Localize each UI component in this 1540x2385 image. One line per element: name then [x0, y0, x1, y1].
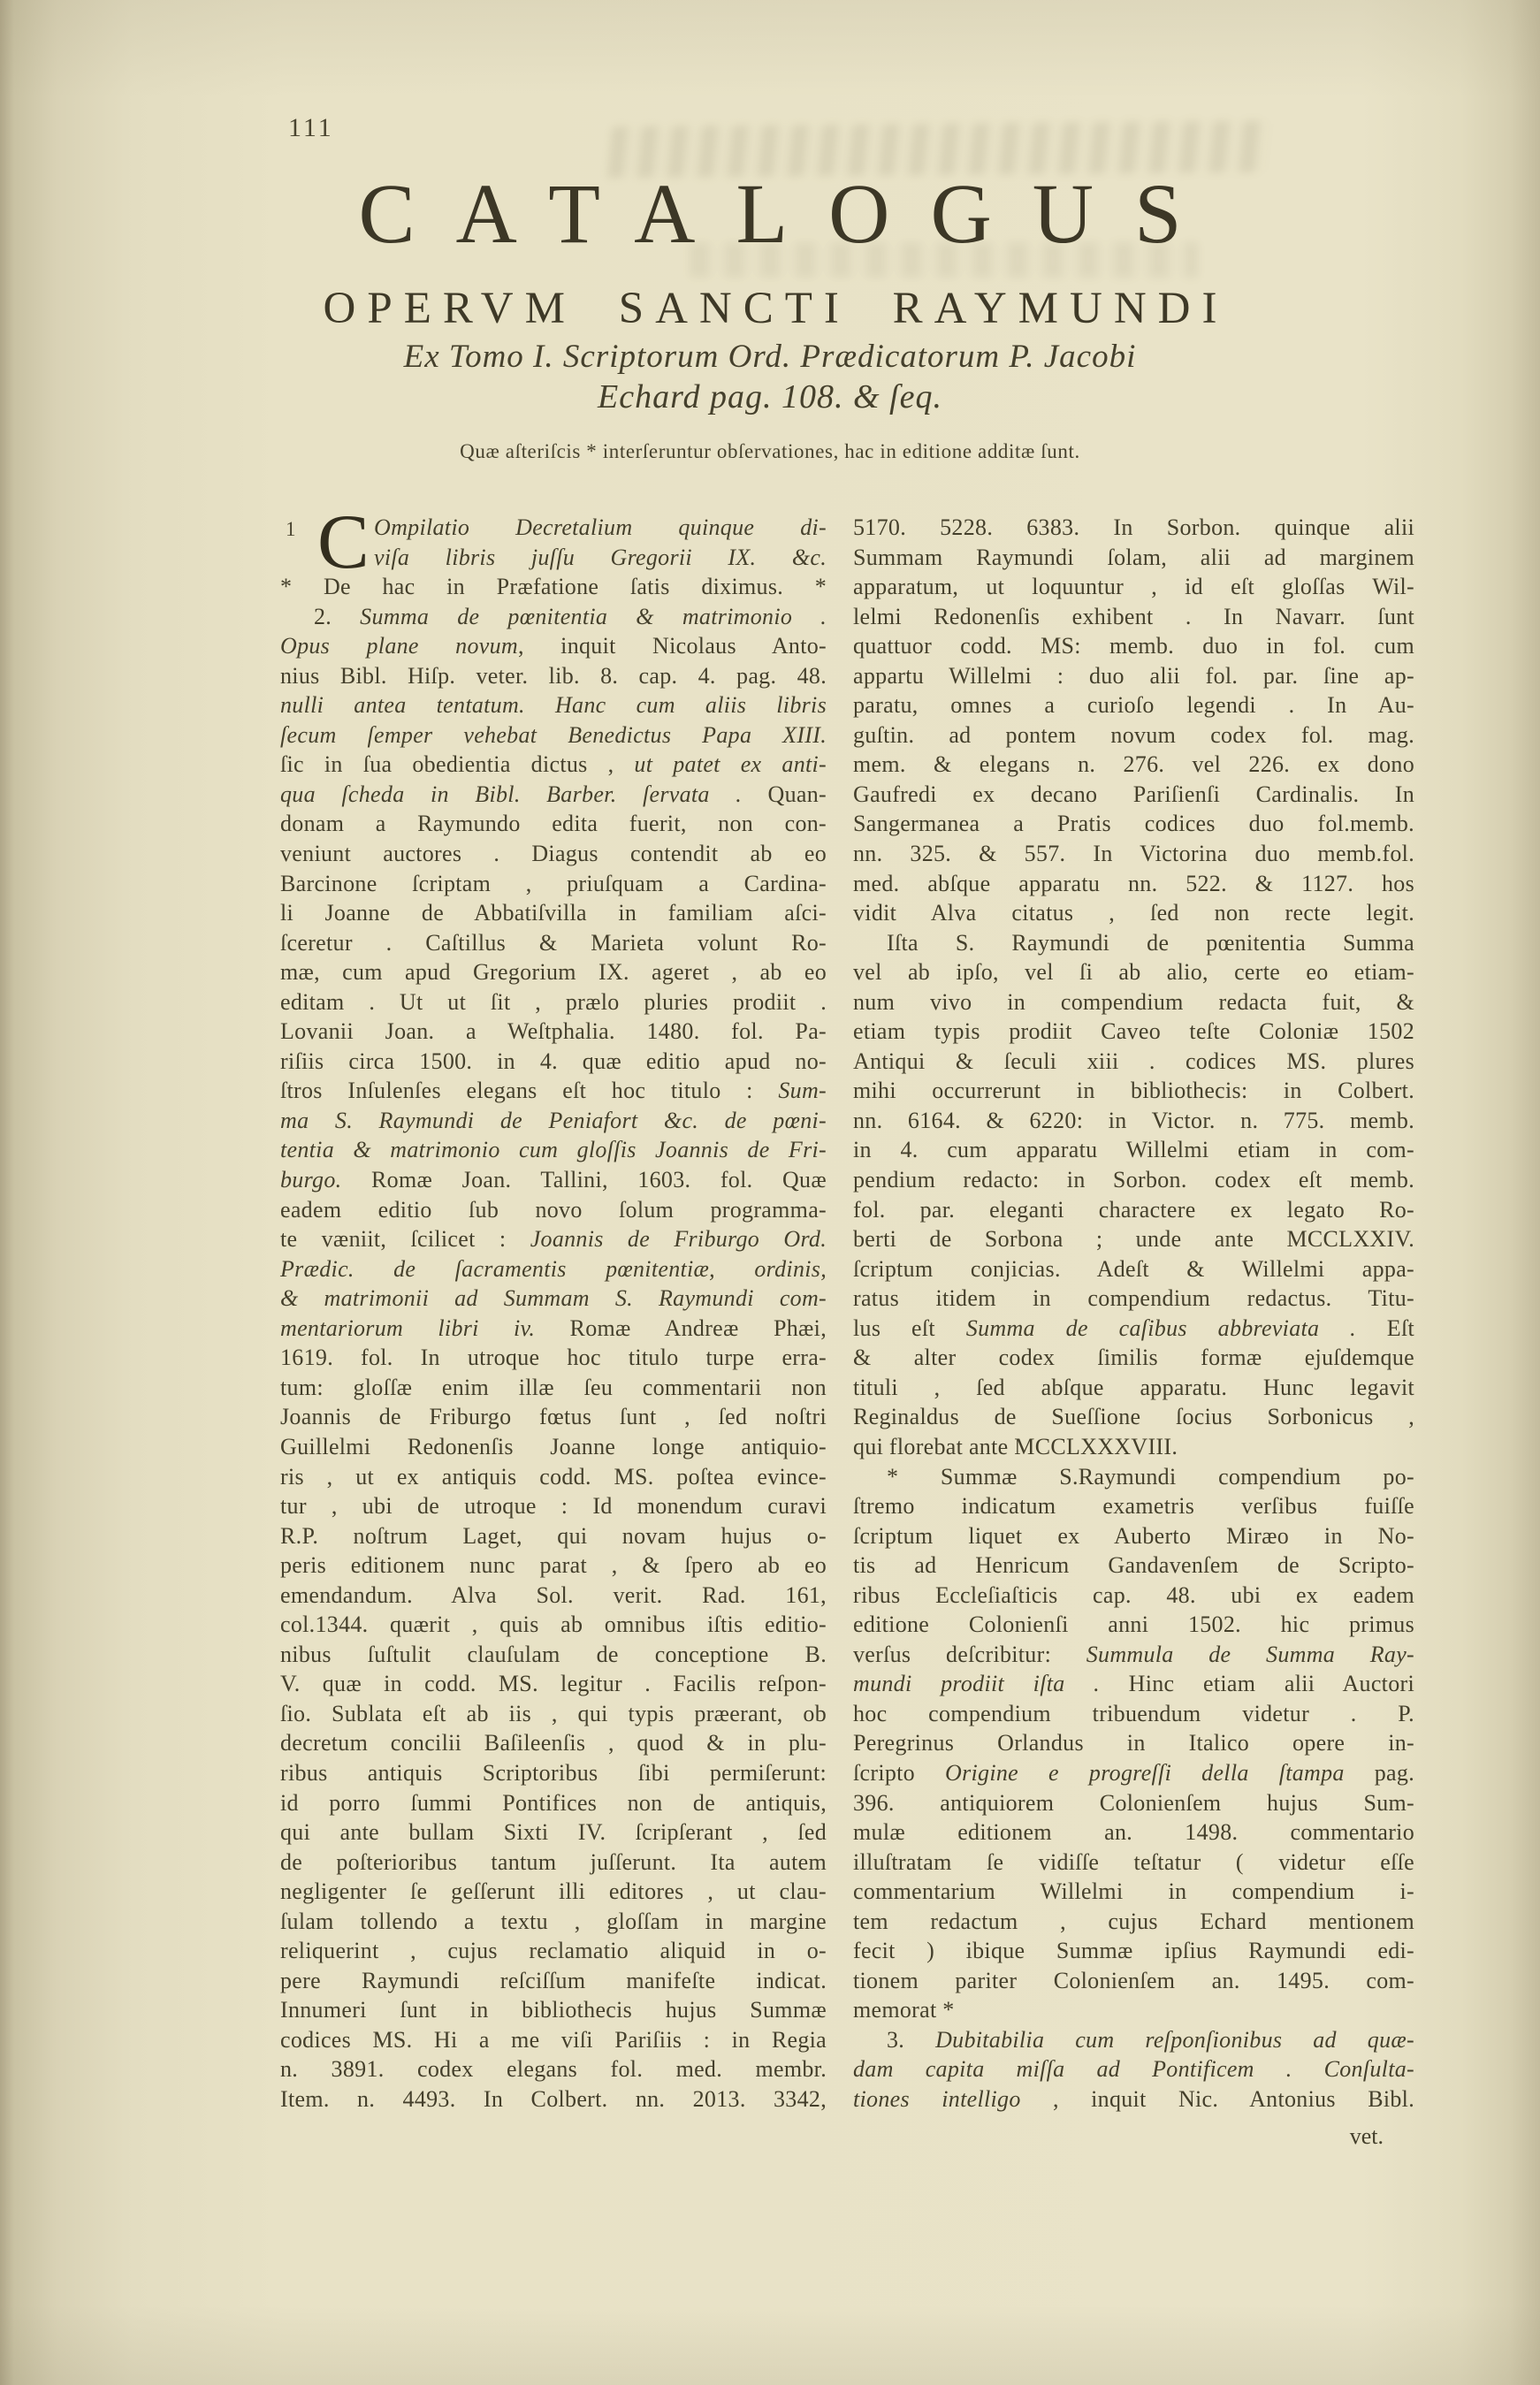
text-line: ſtros Inſulenſes elegans eſt hoc titulo …	[280, 1076, 827, 1106]
text-segment: pere Raymundi reſciſſum manifeſte indica…	[280, 1968, 827, 1993]
text-segment: vel ab ipſo, vel ſi ab alio, certe eo et…	[853, 959, 1414, 985]
text-segment: pendium redacto: in Sorbon. codex eſt me…	[853, 1167, 1414, 1192]
text-line: lelmi Redonenſis exhibent . In Navarr. ſ…	[853, 602, 1414, 632]
italic-text-segment: ma S. Raymundi de Peniafort &c. de pœni-	[280, 1108, 827, 1133]
text-line: * Summæ S.Raymundi compendium po-	[853, 1462, 1414, 1492]
text-line: berti de Sorbona ; unde ante MCCLXXIV.	[853, 1224, 1414, 1254]
text-segment: riſiis circa 1500. in 4. quæ editio apud…	[280, 1048, 827, 1074]
text-segment: ribus antiquis Scriptoribus ſibi permiſe…	[280, 1760, 827, 1786]
text-segment: berti de Sorbona ; unde ante MCCLXXIV.	[853, 1226, 1414, 1252]
text-segment: ribus Eccleſiaſticis cap. 48. ubi ex ead…	[853, 1582, 1414, 1608]
text-segment: fol. par. eleganti charactere ex legato …	[853, 1197, 1414, 1223]
asterisk-note: Quæ aſteriſcis * interſeruntur obſervati…	[0, 440, 1540, 463]
text-line: donam a Raymundo edita fuerit, non con-	[280, 809, 827, 839]
text-line: fecit ) ibique Summæ ipſius Raymundi edi…	[853, 1936, 1414, 1966]
text-segment: Hinc etiam alii Auctori	[1100, 1671, 1414, 1696]
text-line: paratu, omnes a curioſo legendi . In Au-	[853, 690, 1414, 720]
text-line: mundi prodiit iſta . Hinc etiam alii Auc…	[853, 1669, 1414, 1699]
text-line: appartu Willelmi : duo alii fol. par. ſi…	[853, 661, 1414, 691]
text-segment: , inquit Nic. Antonius Bibl.	[1021, 2086, 1414, 2112]
text-segment: ſio. Sublata eſt ab iis , qui typis præe…	[280, 1701, 827, 1726]
text-segment: mæ, cum apud Gregorium IX. ageret , ab e…	[280, 959, 827, 985]
text-line: editione Colonienſi anni 1502. hic primu…	[853, 1610, 1414, 1640]
text-segment: tum: gloſſæ enim illæ ſeu commentarii no…	[280, 1375, 827, 1400]
text-line: veniunt auctores . Diagus contendit ab e…	[280, 839, 827, 869]
text-line: hoc compendium tribuendum videtur . P.	[853, 1699, 1414, 1729]
text-segment: 396. antiquiorem Colonienſem hujus Sum-	[853, 1790, 1414, 1816]
text-line: li Joanne de Abbatiſvilla in familiam aſ…	[280, 898, 827, 928]
text-line: codices MS. Hi a me viſi Pariſiis : in R…	[280, 2025, 827, 2055]
text-segment: Iſta S. Raymundi de pœnitentia Summa	[887, 930, 1414, 956]
text-segment: ſulam tollendo a textu , gloſſam in marg…	[280, 1909, 827, 1934]
text-segment: 3.	[887, 2027, 935, 2053]
text-line: Antiqui & ſeculi xiii . codices MS. plur…	[853, 1047, 1414, 1077]
paragraph-number: 1	[286, 518, 296, 541]
text-line: ſulam tollendo a textu , gloſſam in marg…	[280, 1907, 827, 1937]
text-segment: Barcinone ſcriptam , priuſquam a Cardina…	[280, 871, 827, 896]
text-line: illuſtratam ſe vidiſſe teſtatur ( videtu…	[853, 1848, 1414, 1878]
text-segment: mem. & elegans n. 276. vel 226. ex dono	[853, 751, 1414, 777]
text-segment: decretum concilii Baſileenſis , quod & i…	[280, 1730, 827, 1756]
text-segment: negligenter ſe geſſerunt illi editores ,…	[280, 1878, 827, 1904]
italic-text-segment: Conſulta-	[1324, 2056, 1414, 2082]
text-line: verſus deſcribitur: Summula de Summa Ray…	[853, 1640, 1414, 1670]
left-text-column: 1 C Ompilatio Decretalium quinque di-viſ…	[280, 513, 827, 2114]
text-line: eadem editio ſub novo ſolum programma-	[280, 1195, 827, 1225]
text-segment: Gaufredi ex decano Pariſienſi Cardinalis…	[853, 781, 1414, 807]
text-line: ratus itidem in compendium redactus. Tit…	[853, 1284, 1414, 1314]
text-line: decretum concilii Baſileenſis , quod & i…	[280, 1728, 827, 1758]
text-line: mihi occurrerunt in bibliothecis: in Col…	[853, 1076, 1414, 1106]
italic-text-segment: Joannis de Friburgo Ord.	[530, 1226, 827, 1252]
text-line: riſiis circa 1500. in 4. quæ editio apud…	[280, 1047, 827, 1077]
text-segment: vidit Alva citatus , ſed non recte legit…	[853, 900, 1414, 926]
text-line: tituli , ſed abſque apparatu. Hunc legav…	[853, 1373, 1414, 1403]
text-segment: ſtros Inſulenſes elegans eſt hoc titulo …	[280, 1078, 778, 1103]
text-line: ſcripto Origine e progreſſi della ſtampa…	[853, 1758, 1414, 1788]
text-segment: ſcriptum conjicias. Adeſt & Willelmi app…	[853, 1256, 1414, 1282]
text-segment: tem redactum , cujus Echard mentionem	[853, 1909, 1414, 1934]
text-segment: nn. 325. & 557. In Victorina duo memb.fo…	[853, 841, 1414, 866]
text-line: 1619. fol. In utroque hoc titulo turpe e…	[280, 1343, 827, 1373]
text-line: ma S. Raymundi de Peniafort &c. de pœni-	[280, 1106, 827, 1136]
text-segment: , inquit Nicolaus Anto-	[518, 633, 827, 659]
text-line: te væniit, ſcilicet : Joannis de Friburg…	[280, 1224, 827, 1254]
text-segment: nibus ſuſtulit clauſulam de conceptione …	[280, 1642, 827, 1667]
text-line: tiones intelligo , inquit Nic. Antonius …	[853, 2084, 1414, 2114]
main-title: CATALOGUS	[0, 164, 1540, 263]
text-segment: editam . Ut ut ſit , prælo pluries prodi…	[280, 989, 827, 1015]
text-line: de poſterioribus tantum juſſerunt. Ita a…	[280, 1848, 827, 1878]
text-segment: Reginaldus de Sueſſione ſocius Sorbonicu…	[853, 1404, 1414, 1429]
text-segment: tituli , ſed abſque apparatu. Hunc legav…	[853, 1375, 1414, 1400]
text-segment: 5170. 5228. 6383. In Sorbon. quinque ali…	[853, 514, 1414, 540]
italic-text-segment: Sum-	[778, 1078, 827, 1103]
text-line: Summam Raymundi ſolam, alii ad marginem	[853, 543, 1414, 573]
text-segment: Guillelmi Redonenſis Joanne longe antiqu…	[280, 1434, 827, 1459]
text-segment: pag.	[1345, 1760, 1414, 1786]
text-line: id porro ſummi Pontifices non de antiqui…	[280, 1788, 827, 1818]
text-line: guſtin. ad pontem novum codex fol. mag.	[853, 720, 1414, 751]
text-line: pendium redacto: in Sorbon. codex eſt me…	[853, 1165, 1414, 1195]
text-segment: verſus deſcribitur:	[853, 1642, 1086, 1667]
text-line: Item. n. 4493. In Colbert. nn. 2013. 334…	[280, 2084, 827, 2114]
text-line: in 4. cum apparatu Willelmi etiam in com…	[853, 1135, 1414, 1165]
text-segment: id porro ſummi Pontifices non de antiqui…	[280, 1790, 827, 1816]
italic-text-segment: Dubitabilia cum reſponſionibus ad quæ-	[935, 2027, 1414, 2053]
text-line: qua ſcheda in Bibl. Barber. ſervata . Qu…	[280, 780, 827, 810]
text-segment: ſcriptum liquet ex Auberto Miræo in No-	[853, 1523, 1414, 1549]
text-line: ribus antiquis Scriptoribus ſibi permiſe…	[280, 1758, 827, 1788]
text-line: etiam typis prodiit Caveo teſte Coloniæ …	[853, 1017, 1414, 1047]
text-line: commentarium Willelmi in compendium i-	[853, 1877, 1414, 1907]
text-line: mentariorum libri iv. Romæ Andreæ Phæi,	[280, 1314, 827, 1344]
text-segment: Lovanii Joan. a Weſtphalia. 1480. fol. P…	[280, 1018, 827, 1044]
text-line: Lovanii Joan. a Weſtphalia. 1480. fol. P…	[280, 1017, 827, 1047]
text-line: Innumeri ſunt in bibliothecis hujus Summ…	[280, 1995, 827, 2025]
italic-text-segment: Summa de pœnitentia & matrimonio .	[360, 604, 827, 629]
text-line: editam . Ut ut ſit , prælo pluries prodi…	[280, 987, 827, 1017]
italic-text-segment: Summa de caſibus abbreviata .	[966, 1315, 1356, 1341]
text-segment: Romæ Andreæ Phæi,	[535, 1315, 827, 1341]
text-segment: illuſtratam ſe vidiſſe teſtatur ( videtu…	[853, 1849, 1414, 1875]
text-line: ſcriptum liquet ex Auberto Miræo in No-	[853, 1521, 1414, 1551]
text-segment: eadem editio ſub novo ſolum programma-	[280, 1197, 827, 1223]
text-line: fol. par. eleganti charactere ex legato …	[853, 1195, 1414, 1225]
text-line: mæ, cum apud Gregorium IX. ageret , ab e…	[280, 957, 827, 987]
text-line: nius Bibl. Hiſp. veter. lib. 8. cap. 4. …	[280, 661, 827, 691]
text-segment: fecit ) ibique Summæ ipſius Raymundi edi…	[853, 1938, 1414, 1963]
italic-text-segment: ſecum ſemper vehebat Benedictus Papa XII…	[280, 722, 827, 748]
italic-text-segment: mundi prodiit iſta .	[853, 1671, 1100, 1696]
text-line: tem redactum , cujus Echard mentionem	[853, 1907, 1414, 1937]
text-segment: appartu Willelmi : duo alii fol. par. ſi…	[853, 663, 1414, 689]
text-segment: ſcripto	[853, 1760, 945, 1786]
text-line: tur , ubi de utroque : Id monendum curav…	[280, 1491, 827, 1521]
text-line: nn. 6164. & 6220: in Victor. n. 775. mem…	[853, 1106, 1414, 1136]
text-line: V. quæ in codd. MS. legitur . Facilis re…	[280, 1669, 827, 1699]
text-segment: qui ante bullam Sixti IV. ſcripſerant , …	[280, 1819, 827, 1845]
subtitle: OPERVM SANCTI RAYMUNDI	[0, 283, 1540, 334]
italic-text-segment: Prædic. de ſacramentis pœnitentiæ, ordin…	[280, 1256, 827, 1282]
text-segment: Summam Raymundi ſolam, alii ad marginem	[853, 545, 1414, 570]
text-segment: codices MS. Hi a me viſi Pariſiis : in R…	[280, 2027, 827, 2053]
text-line: vidit Alva citatus , ſed non recte legit…	[853, 898, 1414, 928]
text-segment: tionem pariter Colonienſem an. 1495. com…	[853, 1968, 1414, 1993]
text-segment: med. abſque apparatu nn. 522. & 1127. ho…	[853, 871, 1414, 896]
text-segment: reliquerint , cujus reclamatio aliquid i…	[280, 1938, 827, 1963]
italic-text-segment: mentariorum libri iv.	[280, 1315, 535, 1341]
text-segment: te væniit, ſcilicet :	[280, 1226, 530, 1252]
text-line: tis ad Henricum Gandavenſem de Scripto-	[853, 1551, 1414, 1581]
text-segment: editione Colonienſi anni 1502. hic primu…	[853, 1612, 1414, 1637]
text-segment: col.1344. quærit , quis ab omnibus iſtis…	[280, 1612, 827, 1637]
text-line: nn. 325. & 557. In Victorina duo memb.fo…	[853, 839, 1414, 869]
text-segment: tis ad Henricum Gandavenſem de Scripto-	[853, 1552, 1414, 1578]
text-segment: emendandum. Alva Sol. verit. Rad. 161,	[280, 1582, 827, 1608]
italic-text-segment: ut patet ex anti-	[634, 751, 827, 777]
drop-cap: C	[317, 504, 370, 582]
text-segment: ſtremo indicatum exametris verſibus fuiſ…	[853, 1493, 1414, 1519]
text-line: dam capita miſſa ad Pontificem . Conſult…	[853, 2054, 1414, 2084]
text-segment: qui florebat ante MCCLXXXVIII.	[853, 1434, 1178, 1459]
italic-text-segment: tiones intelligo	[853, 2086, 1021, 2112]
text-line: emendandum. Alva Sol. verit. Rad. 161,	[280, 1581, 827, 1611]
text-segment: 1619. fol. In utroque hoc titulo turpe e…	[280, 1345, 827, 1370]
text-line: nulli antea tentatum. Hanc cum aliis lib…	[280, 690, 827, 720]
page-number: 111	[288, 113, 334, 143]
text-segment: hoc compendium tribuendum videtur . P.	[853, 1701, 1414, 1726]
text-line: Joannis de Friburgo fœtus ſunt , ſed noſ…	[280, 1402, 827, 1432]
text-segment: in 4. cum apparatu Willelmi etiam in com…	[853, 1137, 1414, 1162]
text-line: burgo. Romæ Joan. Tallini, 1603. fol. Qu…	[280, 1165, 827, 1195]
text-segment: Joannis de Friburgo fœtus ſunt , ſed noſ…	[280, 1404, 827, 1429]
text-line: 3. Dubitabilia cum reſponſionibus ad quæ…	[853, 2025, 1414, 2055]
text-segment: donam a Raymundo edita fuerit, non con-	[280, 811, 827, 836]
text-line: ſceretur . Caſtillus & Marieta volunt Ro…	[280, 928, 827, 958]
text-segment: lus eſt	[853, 1315, 966, 1341]
text-line: & matrimonii ad Summam S. Raymundi com-	[280, 1284, 827, 1314]
text-line: ribus Eccleſiaſticis cap. 48. ubi ex ead…	[853, 1581, 1414, 1611]
text-segment: Romæ Joan. Tallini, 1603. fol. Quæ	[341, 1167, 827, 1192]
text-segment: Innumeri ſunt in bibliothecis hujus Summ…	[280, 1997, 827, 2023]
text-line: tum: gloſſæ enim illæ ſeu commentarii no…	[280, 1373, 827, 1403]
text-segment: tur , ubi de utroque : Id monendum curav…	[280, 1493, 827, 1519]
italic-text-segment: qua ſcheda in Bibl. Barber. ſervata .	[280, 781, 742, 807]
text-segment	[1292, 2056, 1324, 2082]
text-segment: & alter codex ſimilis formæ ejuſdemque	[853, 1345, 1414, 1370]
text-segment: lelmi Redonenſis exhibent . In Navarr. ſ…	[853, 604, 1414, 629]
text-line: memorat *	[853, 1995, 1414, 2025]
right-text-column: 5170. 5228. 6383. In Sorbon. quinque ali…	[853, 513, 1414, 2114]
text-segment: R.P. noſtrum Laget, qui novam hujus o-	[280, 1523, 827, 1549]
italic-text-segment: Origine e progreſſi della ſtampa	[945, 1760, 1345, 1786]
text-segment: peris editionem nunc parat , & ſpero ab …	[280, 1552, 827, 1578]
text-line: n. 3891. codex elegans fol. med. membr.	[280, 2054, 827, 2084]
text-line: Gaufredi ex decano Pariſienſi Cardinalis…	[853, 780, 1414, 810]
text-segment: de poſterioribus tantum juſſerunt. Ita a…	[280, 1849, 827, 1875]
text-line: ſic in ſua obedientia dictus , ut patet …	[280, 750, 827, 780]
text-line: num vivo in compendium redacta fuit, &	[853, 987, 1414, 1017]
text-line: Barcinone ſcriptam , priuſquam a Cardina…	[280, 869, 827, 899]
catchword: vet.	[853, 2123, 1384, 2150]
italic-text-segment: viſa libris juſſu Gregorii IX. &c.	[374, 545, 827, 570]
text-segment: mulæ editionem an. 1498. commentario	[853, 1819, 1414, 1845]
text-line: Guillelmi Redonenſis Joanne longe antiqu…	[280, 1432, 827, 1462]
edition-source-line-2: Echard pag. 108. & ſeq.	[0, 377, 1540, 416]
text-segment: V. quæ in codd. MS. legitur . Facilis re…	[280, 1671, 827, 1696]
text-segment: ris , ut ex antiquis codd. MS. poſtea ev…	[280, 1464, 827, 1490]
text-line: nibus ſuſtulit clauſulam de conceptione …	[280, 1640, 827, 1670]
text-segment: ratus itidem in compendium redactus. Tit…	[853, 1285, 1414, 1311]
text-line: Opus plane novum, inquit Nicolaus Anto-	[280, 631, 827, 661]
text-segment: Item. n. 4493. In Colbert. nn. 2013. 334…	[280, 2086, 827, 2112]
text-segment: veniunt auctores . Diagus contendit ab e…	[280, 841, 827, 866]
text-segment: nn. 6164. & 6220: in Victor. n. 775. mem…	[853, 1108, 1414, 1133]
text-segment: etiam typis prodiit Caveo teſte Coloniæ …	[853, 1018, 1414, 1044]
italic-text-segment: Ompilatio Decretalium quinque di-	[374, 514, 827, 540]
text-line: 2. Summa de pœnitentia & matrimonio .	[280, 602, 827, 632]
text-line: lus eſt Summa de caſibus abbreviata . Eſ…	[853, 1314, 1414, 1344]
text-line: apparatum, ut loquuntur , id eſt gloſſas…	[853, 572, 1414, 602]
text-line: reliquerint , cujus reclamatio aliquid i…	[280, 1936, 827, 1966]
text-line: ſtremo indicatum exametris verſibus fuiſ…	[853, 1491, 1414, 1521]
text-segment: Quan-	[742, 781, 827, 807]
text-segment: Sangermanea a Pratis codices duo fol.mem…	[853, 811, 1414, 836]
text-line: 5170. 5228. 6383. In Sorbon. quinque ali…	[853, 513, 1414, 543]
text-segment: Eſt	[1356, 1315, 1414, 1341]
text-line: & alter codex ſimilis formæ ejuſdemque	[853, 1343, 1414, 1373]
text-line: Peregrinus Orlandus in Italico opere in-	[853, 1728, 1414, 1758]
text-segment: 2.	[314, 604, 360, 629]
text-line: med. abſque apparatu nn. 522. & 1127. ho…	[853, 869, 1414, 899]
text-line: qui ante bullam Sixti IV. ſcripſerant , …	[280, 1817, 827, 1848]
text-line: Reginaldus de Sueſſione ſocius Sorbonicu…	[853, 1402, 1414, 1432]
text-segment: * Summæ S.Raymundi compendium po-	[887, 1464, 1414, 1490]
text-segment: memorat *	[853, 1997, 955, 2023]
text-segment: guſtin. ad pontem novum codex fol. mag.	[853, 722, 1414, 748]
text-line: col.1344. quærit , quis ab omnibus iſtis…	[280, 1610, 827, 1640]
book-page-scan: 111 CATALOGUS OPERVM SANCTI RAYMUNDI Ex …	[0, 0, 1540, 2385]
text-line: mulæ editionem an. 1498. commentario	[853, 1817, 1414, 1848]
text-line: R.P. noſtrum Laget, qui novam hujus o-	[280, 1521, 827, 1551]
text-line: Prædic. de ſacramentis pœnitentiæ, ordin…	[280, 1254, 827, 1284]
edition-source-line-1: Ex Tomo I. Scriptorum Ord. Prædicatorum …	[0, 338, 1540, 376]
text-line: ſecum ſemper vehebat Benedictus Papa XII…	[280, 720, 827, 751]
text-segment: num vivo in compendium redacta fuit, &	[853, 989, 1414, 1015]
italic-text-segment: burgo.	[280, 1167, 341, 1192]
text-line: ſio. Sublata eſt ab iis , qui typis præe…	[280, 1699, 827, 1729]
text-line: mem. & elegans n. 276. vel 226. ex dono	[853, 750, 1414, 780]
italic-text-segment: tentia & matrimonio cum gloſſis Joannis …	[280, 1137, 827, 1162]
italic-text-segment: & matrimonii ad Summam S. Raymundi com-	[280, 1285, 827, 1311]
italic-text-segment: Summula de Summa Ray-	[1086, 1642, 1414, 1667]
text-line: qui florebat ante MCCLXXXVIII.	[853, 1432, 1414, 1462]
text-segment: Antiqui & ſeculi xiii . codices MS. plur…	[853, 1048, 1414, 1074]
italic-text-segment: Opus plane novum	[280, 633, 518, 659]
text-segment: commentarium Willelmi in compendium i-	[853, 1878, 1414, 1904]
text-line: tentia & matrimonio cum gloſſis Joannis …	[280, 1135, 827, 1165]
text-line: tionem pariter Colonienſem an. 1495. com…	[853, 1966, 1414, 1996]
text-segment: nius Bibl. Hiſp. veter. lib. 8. cap. 4. …	[280, 663, 827, 689]
text-line: quattuor codd. MS: memb. duo in fol. cum	[853, 631, 1414, 661]
text-line: ris , ut ex antiquis codd. MS. poſtea ev…	[280, 1462, 827, 1492]
text-line: negligenter ſe geſſerunt illi editores ,…	[280, 1877, 827, 1907]
text-segment: Peregrinus Orlandus in Italico opere in-	[853, 1730, 1414, 1756]
italic-text-segment: nulli antea tentatum. Hanc cum aliis lib…	[280, 692, 827, 718]
text-segment: ſceretur . Caſtillus & Marieta volunt Ro…	[280, 930, 827, 956]
text-line: pere Raymundi reſciſſum manifeſte indica…	[280, 1966, 827, 1996]
text-line: 396. antiquiorem Colonienſem hujus Sum-	[853, 1788, 1414, 1818]
text-line: ſcriptum conjicias. Adeſt & Willelmi app…	[853, 1254, 1414, 1284]
text-segment: mihi occurrerunt in bibliothecis: in Col…	[853, 1078, 1414, 1103]
text-segment: li Joanne de Abbatiſvilla in familiam aſ…	[280, 900, 827, 926]
text-segment: n. 3891. codex elegans fol. med. membr.	[280, 2056, 827, 2082]
italic-text-segment: dam capita miſſa ad Pontificem .	[853, 2056, 1292, 2082]
text-segment: paratu, omnes a curioſo legendi . In Au-	[853, 692, 1414, 718]
text-line: Iſta S. Raymundi de pœnitentia Summa	[853, 928, 1414, 958]
text-line: vel ab ipſo, vel ſi ab alio, certe eo et…	[853, 957, 1414, 987]
text-segment: ſic in ſua obedientia dictus ,	[280, 751, 634, 777]
text-line: Sangermanea a Pratis codices duo fol.mem…	[853, 809, 1414, 839]
text-segment: apparatum, ut loquuntur , id eſt gloſſas…	[853, 574, 1414, 599]
text-segment: quattuor codd. MS: memb. duo in fol. cum	[853, 633, 1414, 659]
text-line: peris editionem nunc parat , & ſpero ab …	[280, 1551, 827, 1581]
